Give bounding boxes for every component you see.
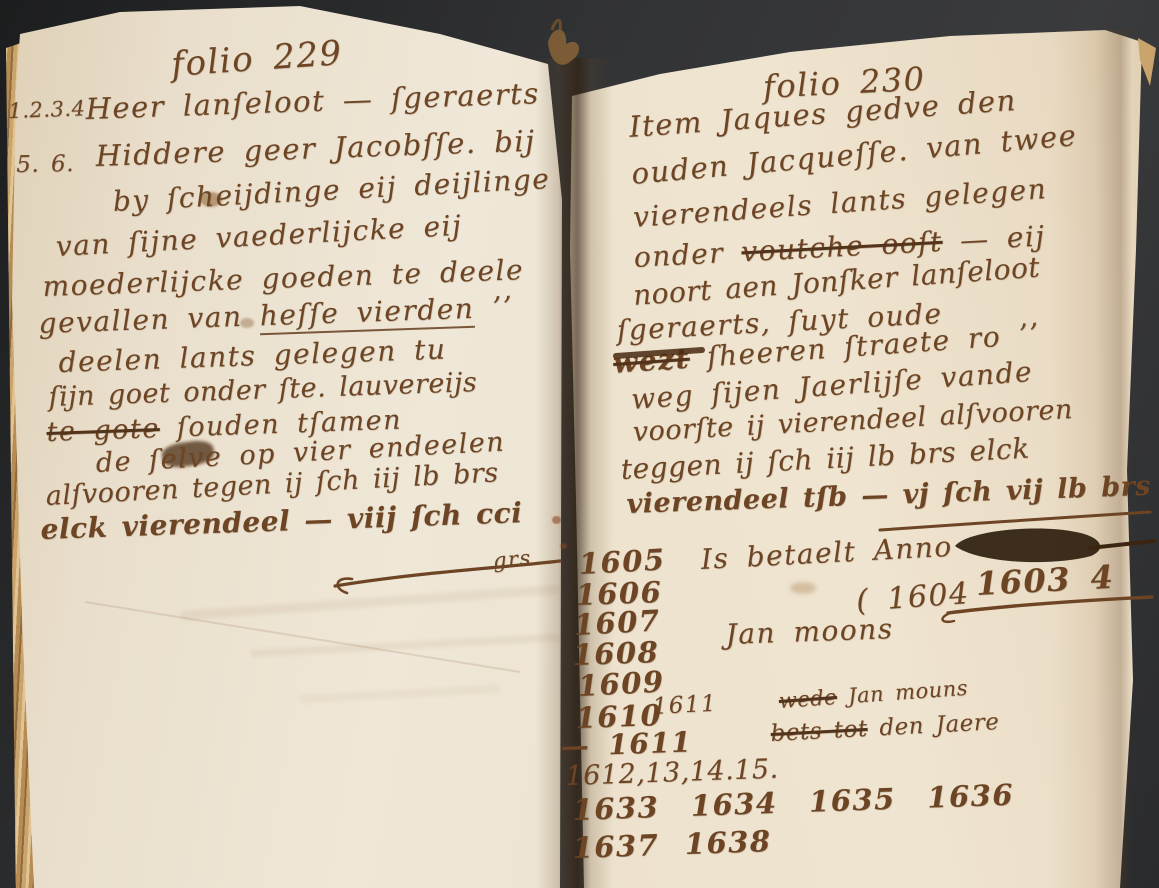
binding-tuft [548, 29, 579, 64]
margin-numbers-1: 1.2.3.4 [8, 96, 86, 123]
struck-words: wede [778, 685, 838, 713]
ink-stain [790, 582, 816, 594]
underlined-words: heſſe vierden [259, 292, 475, 335]
ink-dot [552, 516, 561, 524]
manuscript-photo: folio 229 1.2.3.4 5. 6. Heer lanſeloot —… [0, 0, 1159, 888]
ink-dot [560, 543, 567, 549]
line-segment: ʼʼ [474, 290, 513, 324]
currency-unit: grs [492, 546, 533, 573]
payment-year-struck: 1603 4 [975, 558, 1115, 603]
struck-words: bets tot [770, 716, 868, 747]
payer-name: Jan moons [725, 612, 894, 651]
struck-words: wezt [612, 342, 691, 380]
struck-words: te gote [46, 413, 160, 448]
year-entry-small: 1611 [652, 691, 718, 720]
binding-thread [552, 20, 560, 30]
line-segment: onder [633, 235, 742, 274]
year-entry: 1637 1638 [572, 824, 772, 865]
margin-numbers-2: 5. 6. [16, 151, 74, 178]
